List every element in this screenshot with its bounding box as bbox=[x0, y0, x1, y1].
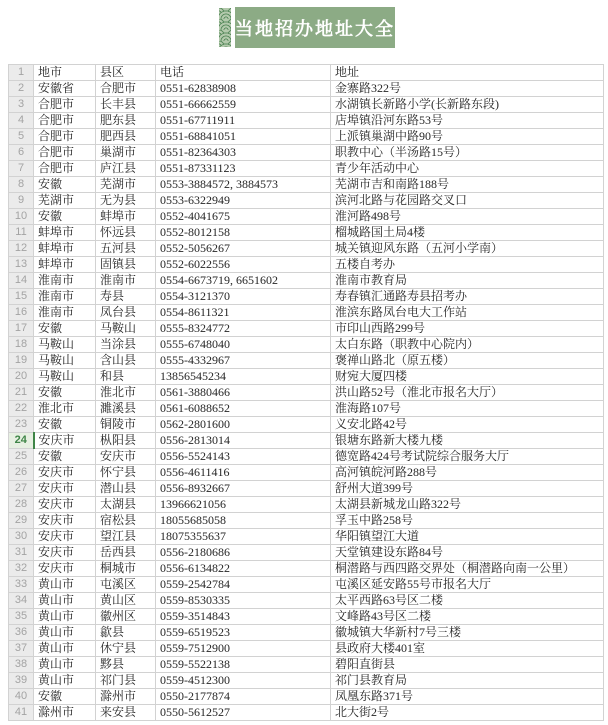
cell-phone[interactable]: 0562-2801600 bbox=[156, 417, 331, 433]
row-number[interactable]: 12 bbox=[9, 241, 34, 257]
cell-city[interactable]: 地市 bbox=[34, 65, 96, 81]
table-row: 24安庆市枞阳县0556-2813014银塘东路新大楼九楼 bbox=[9, 433, 604, 449]
title-banner: 当地招办地址大全 bbox=[218, 7, 395, 48]
cell-address[interactable]: 县政府大楼401室 bbox=[331, 641, 604, 657]
row-number[interactable]: 5 bbox=[9, 129, 34, 145]
cell-address[interactable]: 淮海路107号 bbox=[331, 401, 604, 417]
table-row: 9芜湖市无为县0553-6322949滨河北路与花园路交叉口 bbox=[9, 193, 604, 209]
cell-address[interactable]: 市印山西路299号 bbox=[331, 321, 604, 337]
cell-address[interactable]: 舒州大道399号 bbox=[331, 481, 604, 497]
table-row: 39黄山市祁门县0559-4512300祁门县教育局 bbox=[9, 673, 604, 689]
cell-address[interactable]: 城关镇迎风东路（五河小学南） bbox=[331, 241, 604, 257]
row-number[interactable]: 28 bbox=[9, 497, 34, 513]
row-number[interactable]: 39 bbox=[9, 673, 34, 689]
cell-city[interactable]: 合肥市 bbox=[34, 113, 96, 129]
table-row: 7合肥市庐江县0551-87331123青少年活动中心 bbox=[9, 161, 604, 177]
cell-address[interactable]: 碧阳直街县 bbox=[331, 657, 604, 673]
cell-county[interactable]: 寿县 bbox=[96, 289, 156, 305]
cell-address[interactable]: 水湖镇长新路小学(长新路东段) bbox=[331, 97, 604, 113]
cell-phone[interactable]: 0551-67711911 bbox=[156, 113, 331, 129]
cell-phone[interactable]: 0551-82364303 bbox=[156, 145, 331, 161]
cell-county[interactable]: 庐江县 bbox=[96, 161, 156, 177]
table-row: 35黄山市徽州区0559-3514843文峰路43号区二楼 bbox=[9, 609, 604, 625]
row-number[interactable]: 37 bbox=[9, 641, 34, 657]
table-row: 40安徽滁州市0550-2177874凤凰东路371号 bbox=[9, 689, 604, 705]
cell-address[interactable]: 华阳镇望江大道 bbox=[331, 529, 604, 545]
page-title: 当地招办地址大全 bbox=[235, 15, 395, 41]
cell-city[interactable]: 安庆市 bbox=[34, 481, 96, 497]
cell-city[interactable]: 马鞍山 bbox=[34, 337, 96, 353]
cell-city[interactable]: 安徽 bbox=[34, 177, 96, 193]
row-number[interactable]: 20 bbox=[9, 369, 34, 385]
row-number[interactable]: 6 bbox=[9, 145, 34, 161]
cell-city[interactable]: 黄山市 bbox=[34, 673, 96, 689]
cell-phone[interactable]: 0561-3880466 bbox=[156, 385, 331, 401]
cell-city[interactable]: 安徽 bbox=[34, 209, 96, 225]
cell-city[interactable]: 淮南市 bbox=[34, 273, 96, 289]
row-number[interactable]: 21 bbox=[9, 385, 34, 401]
cell-address[interactable]: 高河镇皖河路288号 bbox=[331, 465, 604, 481]
cell-city[interactable]: 安徽 bbox=[34, 321, 96, 337]
row-number[interactable]: 11 bbox=[9, 225, 34, 241]
row-number[interactable]: 14 bbox=[9, 273, 34, 289]
cell-county[interactable]: 县区 bbox=[96, 65, 156, 81]
table-row: 15淮南市寿县0554-3121370寿春镇汇通路寿县招考办 bbox=[9, 289, 604, 305]
cell-phone[interactable]: 0556-4611416 bbox=[156, 465, 331, 481]
cell-city[interactable]: 安庆市 bbox=[34, 513, 96, 529]
row-number[interactable]: 16 bbox=[9, 305, 34, 321]
cell-city[interactable]: 安徽 bbox=[34, 385, 96, 401]
seigaiha-pattern-decoration bbox=[218, 7, 232, 48]
cell-county[interactable]: 凤台县 bbox=[96, 305, 156, 321]
cell-county[interactable]: 望江县 bbox=[96, 529, 156, 545]
row-number[interactable]: 31 bbox=[9, 545, 34, 561]
cell-county[interactable]: 桐城市 bbox=[96, 561, 156, 577]
table-row: 16淮南市凤台县0554-8611321淮滨东路凤台电大工作站 bbox=[9, 305, 604, 321]
cell-address[interactable]: 太平西路63号区二楼 bbox=[331, 593, 604, 609]
cell-city[interactable]: 黄山市 bbox=[34, 625, 96, 641]
cell-phone[interactable]: 18075355637 bbox=[156, 529, 331, 545]
cell-address[interactable]: 芜湖市吉和南路188号 bbox=[331, 177, 604, 193]
row-number[interactable]: 18 bbox=[9, 337, 34, 353]
cell-county[interactable]: 长丰县 bbox=[96, 97, 156, 113]
cell-city[interactable]: 合肥市 bbox=[34, 161, 96, 177]
cell-phone[interactable]: 0552-8012158 bbox=[156, 225, 331, 241]
cell-address[interactable]: 德宽路424号考试院综合服务大厅 bbox=[331, 449, 604, 465]
cell-county[interactable]: 潜山县 bbox=[96, 481, 156, 497]
row-number[interactable]: 33 bbox=[9, 577, 34, 593]
cell-address[interactable]: 淮滨东路凤台电大工作站 bbox=[331, 305, 604, 321]
cell-phone[interactable]: 0556-2180686 bbox=[156, 545, 331, 561]
cell-address[interactable]: 北大街2号 bbox=[331, 705, 604, 721]
cell-city[interactable]: 安徽省 bbox=[34, 81, 96, 97]
cell-county[interactable]: 合肥市 bbox=[96, 81, 156, 97]
cell-county[interactable]: 无为县 bbox=[96, 193, 156, 209]
table-row: 33黄山市屯溪区0559-2542784屯溪区延安路55号市报名大厅 bbox=[9, 577, 604, 593]
row-number[interactable]: 38 bbox=[9, 657, 34, 673]
cell-county[interactable]: 淮北市 bbox=[96, 385, 156, 401]
row-number[interactable]: 30 bbox=[9, 529, 34, 545]
cell-address[interactable]: 太湖县新城龙山路322号 bbox=[331, 497, 604, 513]
cell-city[interactable]: 蚌埠市 bbox=[34, 225, 96, 241]
cell-phone[interactable]: 0559-7512900 bbox=[156, 641, 331, 657]
table-row: 36黄山市歙县0559-6519523徽城镇大华新村7号三楼 bbox=[9, 625, 604, 641]
table-row: 8安徽芜湖市0553-3884572, 3884573芜湖市吉和南路188号 bbox=[9, 177, 604, 193]
cell-city[interactable]: 安庆市 bbox=[34, 561, 96, 577]
cell-phone[interactable]: 0559-2542784 bbox=[156, 577, 331, 593]
table-row: 29安庆市宿松县18055685058孚玉中路258号 bbox=[9, 513, 604, 529]
row-number[interactable]: 32 bbox=[9, 561, 34, 577]
cell-city[interactable]: 安庆市 bbox=[34, 529, 96, 545]
cell-address[interactable]: 地址 bbox=[331, 65, 604, 81]
cell-city[interactable]: 合肥市 bbox=[34, 97, 96, 113]
cell-county[interactable]: 怀宁县 bbox=[96, 465, 156, 481]
table-row: 13蚌埠市固镇县0552-6022556五楼自考办 bbox=[9, 257, 604, 273]
row-number[interactable]: 13 bbox=[9, 257, 34, 273]
cell-county[interactable]: 淮南市 bbox=[96, 273, 156, 289]
table-body: 1地市县区电话地址2安徽省合肥市0551-62838908金寨路322号3合肥市… bbox=[9, 65, 604, 721]
cell-city[interactable]: 淮南市 bbox=[34, 289, 96, 305]
cell-county[interactable]: 蚌埠市 bbox=[96, 209, 156, 225]
cell-county[interactable]: 巢湖市 bbox=[96, 145, 156, 161]
cell-phone[interactable]: 0556-5524143 bbox=[156, 449, 331, 465]
cell-address[interactable]: 职教中心（半汤路15号） bbox=[331, 145, 604, 161]
cell-county[interactable]: 怀远县 bbox=[96, 225, 156, 241]
table-row: 41滁州市来安县0550-5612527北大街2号 bbox=[9, 705, 604, 721]
row-number[interactable]: 10 bbox=[9, 209, 34, 225]
cell-address[interactable]: 银塘东路新大楼九楼 bbox=[331, 433, 604, 449]
table-row: 26安庆市怀宁县0556-4611416高河镇皖河路288号 bbox=[9, 465, 604, 481]
cell-address[interactable]: 榴城路国土局4楼 bbox=[331, 225, 604, 241]
table-row: 30安庆市望江县18075355637华阳镇望江大道 bbox=[9, 529, 604, 545]
table-row: 18马鞍山当涂县0555-6748040太白东路（职教中心院内） bbox=[9, 337, 604, 353]
cell-county[interactable]: 固镇县 bbox=[96, 257, 156, 273]
cell-phone[interactable]: 0556-2813014 bbox=[156, 433, 331, 449]
cell-phone[interactable]: 13856545234 bbox=[156, 369, 331, 385]
cell-city[interactable]: 滁州市 bbox=[34, 705, 96, 721]
cell-phone[interactable]: 0554-6673719, 6651602 bbox=[156, 273, 331, 289]
cell-phone[interactable]: 0551-68841051 bbox=[156, 129, 331, 145]
cell-address[interactable]: 徽城镇大华新村7号三楼 bbox=[331, 625, 604, 641]
cell-phone[interactable]: 0556-8932667 bbox=[156, 481, 331, 497]
cell-county[interactable]: 马鞍山 bbox=[96, 321, 156, 337]
cell-address[interactable]: 桐潜路与西四路交界处（桐潜路向南一公里） bbox=[331, 561, 604, 577]
cell-address[interactable]: 淮河路498号 bbox=[331, 209, 604, 225]
cell-city[interactable]: 马鞍山 bbox=[34, 369, 96, 385]
cell-phone[interactable]: 0555-6748040 bbox=[156, 337, 331, 353]
cell-city[interactable]: 安徽 bbox=[34, 449, 96, 465]
cell-city[interactable]: 安徽 bbox=[34, 689, 96, 705]
banner-green-block: 当地招办地址大全 bbox=[235, 7, 395, 48]
cell-address[interactable]: 上派镇巢湖中路90号 bbox=[331, 129, 604, 145]
cell-county[interactable]: 来安县 bbox=[96, 705, 156, 721]
cell-city[interactable]: 黄山市 bbox=[34, 609, 96, 625]
row-number[interactable]: 7 bbox=[9, 161, 34, 177]
row-number[interactable]: 2 bbox=[9, 81, 34, 97]
table-row: 1地市县区电话地址 bbox=[9, 65, 604, 81]
cell-address[interactable]: 太白东路（职教中心院内） bbox=[331, 337, 604, 353]
cell-phone[interactable]: 0555-4332967 bbox=[156, 353, 331, 369]
cell-phone[interactable]: 0553-3884572, 3884573 bbox=[156, 177, 331, 193]
cell-city[interactable]: 黄山市 bbox=[34, 657, 96, 673]
cell-phone[interactable]: 18055685058 bbox=[156, 513, 331, 529]
cell-county[interactable]: 太湖县 bbox=[96, 497, 156, 513]
cell-phone[interactable]: 0550-2177874 bbox=[156, 689, 331, 705]
cell-phone[interactable]: 0552-6022556 bbox=[156, 257, 331, 273]
row-number[interactable]: 25 bbox=[9, 449, 34, 465]
row-number[interactable]: 41 bbox=[9, 705, 34, 721]
cell-county[interactable]: 和县 bbox=[96, 369, 156, 385]
row-number[interactable]: 29 bbox=[9, 513, 34, 529]
cell-phone[interactable]: 0559-5522138 bbox=[156, 657, 331, 673]
table-row: 25安徽安庆市0556-5524143德宽路424号考试院综合服务大厅 bbox=[9, 449, 604, 465]
cell-phone[interactable]: 0554-8611321 bbox=[156, 305, 331, 321]
table-row: 22淮北市濉溪县0561-6088652淮海路107号 bbox=[9, 401, 604, 417]
cell-city[interactable]: 安庆市 bbox=[34, 545, 96, 561]
cell-county[interactable]: 岳西县 bbox=[96, 545, 156, 561]
table-row: 19马鞍山含山县0555-4332967褒禅山路北（原五楼） bbox=[9, 353, 604, 369]
cell-address[interactable]: 褒禅山路北（原五楼） bbox=[331, 353, 604, 369]
cell-county[interactable]: 屯溪区 bbox=[96, 577, 156, 593]
cell-address[interactable]: 屯溪区延安路55号市报名大厅 bbox=[331, 577, 604, 593]
cell-phone[interactable]: 0551-66662559 bbox=[156, 97, 331, 113]
row-number[interactable]: 19 bbox=[9, 353, 34, 369]
cell-address[interactable]: 滨河北路与花园路交叉口 bbox=[331, 193, 604, 209]
table-row: 31安庆市岳西县0556-2180686天堂镇建设东路84号 bbox=[9, 545, 604, 561]
cell-city[interactable]: 黄山市 bbox=[34, 577, 96, 593]
cell-address[interactable]: 祁门县教育局 bbox=[331, 673, 604, 689]
cell-county[interactable]: 肥东县 bbox=[96, 113, 156, 129]
table-row: 6合肥市巢湖市0551-82364303职教中心（半汤路15号） bbox=[9, 145, 604, 161]
row-number[interactable]: 23 bbox=[9, 417, 34, 433]
cell-address[interactable]: 天堂镇建设东路84号 bbox=[331, 545, 604, 561]
cell-county[interactable]: 祁门县 bbox=[96, 673, 156, 689]
cell-phone[interactable]: 0550-5612527 bbox=[156, 705, 331, 721]
table-row: 10安徽蚌埠市0552-4041675淮河路498号 bbox=[9, 209, 604, 225]
table-row: 12蚌埠市五河县0552-5056267城关镇迎风东路（五河小学南） bbox=[9, 241, 604, 257]
cell-phone[interactable]: 0553-6322949 bbox=[156, 193, 331, 209]
cell-city[interactable]: 芜湖市 bbox=[34, 193, 96, 209]
table-row: 28安庆市太湖县13966621056太湖县新城龙山路322号 bbox=[9, 497, 604, 513]
table-row: 3合肥市长丰县0551-66662559水湖镇长新路小学(长新路东段) bbox=[9, 97, 604, 113]
table-row: 2安徽省合肥市0551-62838908金寨路322号 bbox=[9, 81, 604, 97]
cell-city[interactable]: 马鞍山 bbox=[34, 353, 96, 369]
cell-phone[interactable]: 0556-6134822 bbox=[156, 561, 331, 577]
cell-county[interactable]: 黟县 bbox=[96, 657, 156, 673]
cell-address[interactable]: 寿春镇汇通路寿县招考办 bbox=[331, 289, 604, 305]
cell-county[interactable]: 含山县 bbox=[96, 353, 156, 369]
table-row: 17安徽马鞍山0555-8324772市印山西路299号 bbox=[9, 321, 604, 337]
cell-county[interactable]: 休宁县 bbox=[96, 641, 156, 657]
cell-phone[interactable]: 0555-8324772 bbox=[156, 321, 331, 337]
cell-address[interactable]: 金寨路322号 bbox=[331, 81, 604, 97]
cell-address[interactable]: 五楼自考办 bbox=[331, 257, 604, 273]
cell-county[interactable]: 枞阳县 bbox=[96, 433, 156, 449]
row-number[interactable]: 40 bbox=[9, 689, 34, 705]
address-spreadsheet: 1地市县区电话地址2安徽省合肥市0551-62838908金寨路322号3合肥市… bbox=[8, 64, 604, 721]
cell-phone[interactable]: 13966621056 bbox=[156, 497, 331, 513]
row-number[interactable]: 27 bbox=[9, 481, 34, 497]
cell-city[interactable]: 蚌埠市 bbox=[34, 257, 96, 273]
table-row: 20马鞍山和县13856545234财宛大厦四楼 bbox=[9, 369, 604, 385]
cell-city[interactable]: 黄山市 bbox=[34, 593, 96, 609]
cell-phone[interactable]: 0551-87331123 bbox=[156, 161, 331, 177]
cell-phone[interactable]: 0561-6088652 bbox=[156, 401, 331, 417]
cell-county[interactable]: 五河县 bbox=[96, 241, 156, 257]
cell-city[interactable]: 安徽 bbox=[34, 417, 96, 433]
cell-city[interactable]: 淮南市 bbox=[34, 305, 96, 321]
cell-county[interactable]: 黄山区 bbox=[96, 593, 156, 609]
row-number[interactable]: 22 bbox=[9, 401, 34, 417]
cell-address[interactable]: 义安北路42号 bbox=[331, 417, 604, 433]
cell-address[interactable]: 青少年活动中心 bbox=[331, 161, 604, 177]
row-number[interactable]: 34 bbox=[9, 593, 34, 609]
cell-phone[interactable]: 0559-8530335 bbox=[156, 593, 331, 609]
row-number[interactable]: 1 bbox=[9, 65, 34, 81]
row-number[interactable]: 36 bbox=[9, 625, 34, 641]
cell-phone[interactable]: 0554-3121370 bbox=[156, 289, 331, 305]
cell-phone[interactable]: 0559-3514843 bbox=[156, 609, 331, 625]
cell-phone[interactable]: 0552-4041675 bbox=[156, 209, 331, 225]
table-row: 11蚌埠市怀远县0552-8012158榴城路国土局4楼 bbox=[9, 225, 604, 241]
cell-address[interactable]: 孚玉中路258号 bbox=[331, 513, 604, 529]
cell-city[interactable]: 蚌埠市 bbox=[34, 241, 96, 257]
cell-county[interactable]: 歙县 bbox=[96, 625, 156, 641]
cell-city[interactable]: 安庆市 bbox=[34, 497, 96, 513]
row-number[interactable]: 35 bbox=[9, 609, 34, 625]
cell-phone[interactable]: 0559-4512300 bbox=[156, 673, 331, 689]
table-row: 34黄山市黄山区0559-8530335太平西路63号区二楼 bbox=[9, 593, 604, 609]
row-number[interactable]: 4 bbox=[9, 113, 34, 129]
cell-phone[interactable]: 0551-62838908 bbox=[156, 81, 331, 97]
cell-city[interactable]: 合肥市 bbox=[34, 129, 96, 145]
row-number-selected[interactable]: 24 bbox=[9, 433, 34, 449]
table-row: 38黄山市黟县0559-5522138碧阳直街县 bbox=[9, 657, 604, 673]
cell-address[interactable]: 文峰路43号区二楼 bbox=[331, 609, 604, 625]
table-row: 21安徽淮北市0561-3880466洪山路52号（淮北市报名大厅） bbox=[9, 385, 604, 401]
cell-county[interactable]: 铜陵市 bbox=[96, 417, 156, 433]
cell-phone[interactable]: 电话 bbox=[156, 65, 331, 81]
cell-address[interactable]: 凤凰东路371号 bbox=[331, 689, 604, 705]
cell-county[interactable]: 当涂县 bbox=[96, 337, 156, 353]
row-number[interactable]: 3 bbox=[9, 97, 34, 113]
cell-address[interactable]: 淮南市教育局 bbox=[331, 273, 604, 289]
cell-address[interactable]: 财宛大厦四楼 bbox=[331, 369, 604, 385]
cell-county[interactable]: 滁州市 bbox=[96, 689, 156, 705]
row-number[interactable]: 9 bbox=[9, 193, 34, 209]
cell-city[interactable]: 黄山市 bbox=[34, 641, 96, 657]
cell-address[interactable]: 店埠镇沿河东路53号 bbox=[331, 113, 604, 129]
cell-city[interactable]: 安庆市 bbox=[34, 433, 96, 449]
row-number[interactable]: 17 bbox=[9, 321, 34, 337]
cell-address[interactable]: 洪山路52号（淮北市报名大厅） bbox=[331, 385, 604, 401]
cell-city[interactable]: 合肥市 bbox=[34, 145, 96, 161]
table-row: 5合肥市肥西县0551-68841051上派镇巢湖中路90号 bbox=[9, 129, 604, 145]
cell-county[interactable]: 芜湖市 bbox=[96, 177, 156, 193]
cell-county[interactable]: 肥西县 bbox=[96, 129, 156, 145]
cell-phone[interactable]: 0552-5056267 bbox=[156, 241, 331, 257]
cell-county[interactable]: 濉溪县 bbox=[96, 401, 156, 417]
table-row: 32安庆市桐城市0556-6134822桐潜路与西四路交界处（桐潜路向南一公里） bbox=[9, 561, 604, 577]
cell-county[interactable]: 徽州区 bbox=[96, 609, 156, 625]
cell-county[interactable]: 安庆市 bbox=[96, 449, 156, 465]
table-row: 14淮南市淮南市0554-6673719, 6651602淮南市教育局 bbox=[9, 273, 604, 289]
row-number[interactable]: 8 bbox=[9, 177, 34, 193]
row-number[interactable]: 26 bbox=[9, 465, 34, 481]
table-row: 27安庆市潜山县0556-8932667舒州大道399号 bbox=[9, 481, 604, 497]
table-row: 23安徽铜陵市0562-2801600义安北路42号 bbox=[9, 417, 604, 433]
cell-city[interactable]: 淮北市 bbox=[34, 401, 96, 417]
cell-county[interactable]: 宿松县 bbox=[96, 513, 156, 529]
row-number[interactable]: 15 bbox=[9, 289, 34, 305]
cell-phone[interactable]: 0559-6519523 bbox=[156, 625, 331, 641]
cell-city[interactable]: 安庆市 bbox=[34, 465, 96, 481]
table-row: 4合肥市肥东县0551-67711911店埠镇沿河东路53号 bbox=[9, 113, 604, 129]
table-row: 37黄山市休宁县0559-7512900县政府大楼401室 bbox=[9, 641, 604, 657]
